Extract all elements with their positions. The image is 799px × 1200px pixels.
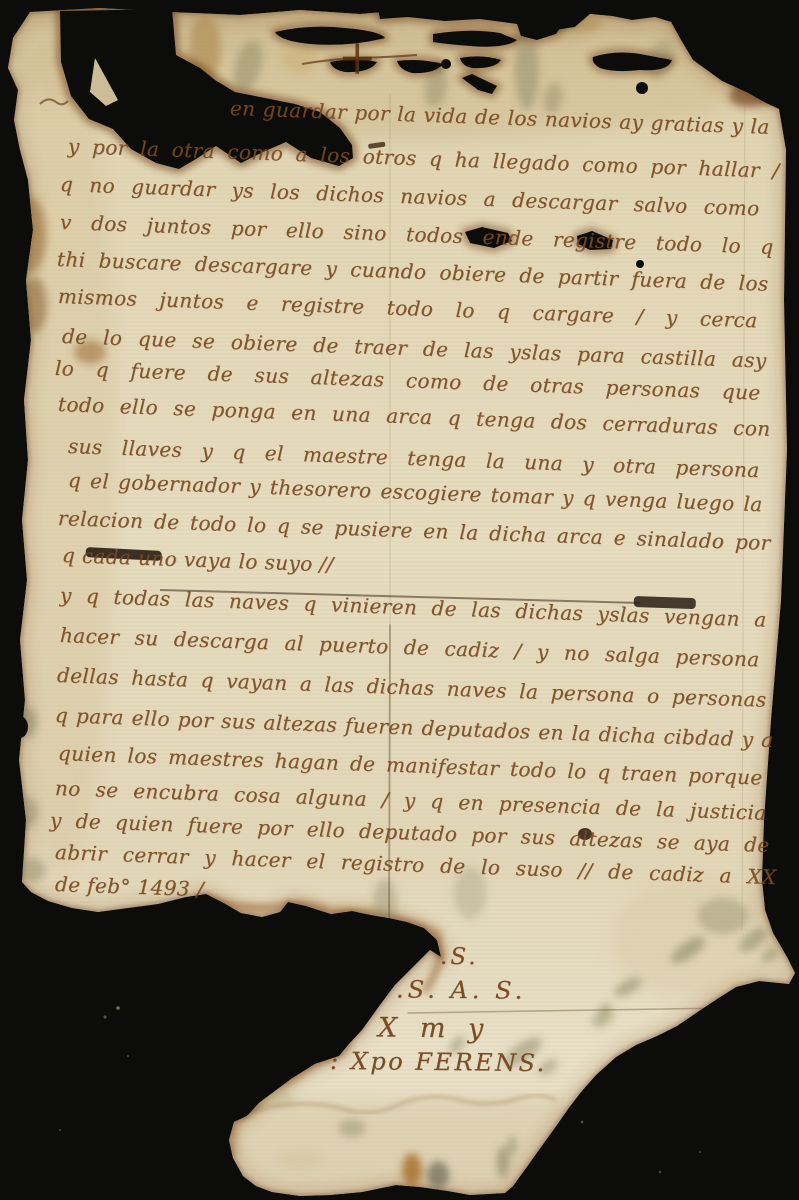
manuscript-photograph: + en guardar por la vida de los navios a…	[0, 0, 799, 1200]
paper-sheet-artwork	[0, 0, 799, 1200]
